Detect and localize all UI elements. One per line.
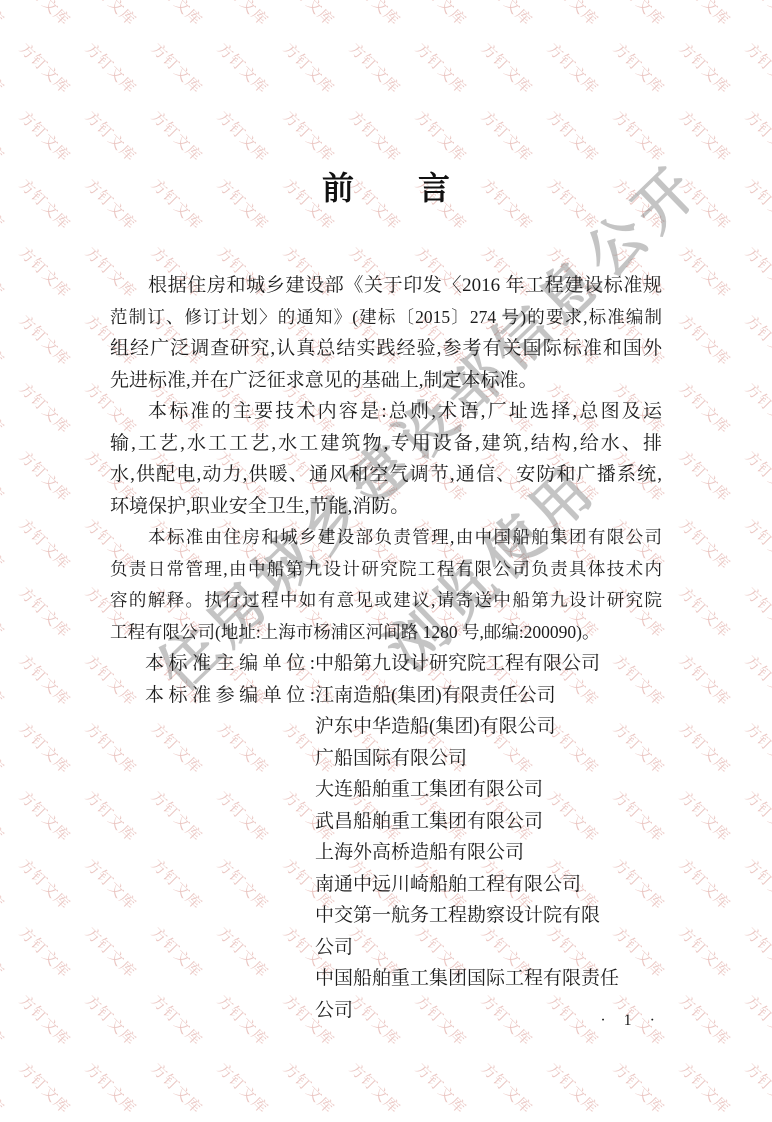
tile-watermark-text: 方钉文库	[675, 582, 735, 642]
tile-watermark-text: 方钉文库	[0, 446, 9, 506]
tile-watermark-text: 方钉文库	[741, 922, 772, 982]
tile-watermark-text: 方钉文库	[213, 0, 273, 30]
tile-watermark-text: 方钉文库	[411, 0, 471, 30]
body-line: 负责日常管理,由中船第九设计研究院工程有限公司负责具体技术内	[110, 554, 662, 586]
tile-watermark-text: 方钉文库	[741, 990, 772, 1050]
tile-watermark-text: 方钉文库	[609, 0, 669, 30]
tile-watermark-text: 方钉文库	[741, 174, 772, 234]
tile-watermark-text: 方钉文库	[81, 0, 141, 30]
tile-watermark-text: 方钉文库	[15, 854, 75, 914]
tile-watermark-text: 方钉文库	[15, 378, 75, 438]
tile-watermark-text: 方钉文库	[741, 310, 772, 370]
tile-watermark-text: 方钉文库	[675, 38, 735, 98]
tile-watermark-text: 方钉文库	[609, 1058, 669, 1118]
body-line: 大连船舶重工集团有限公司	[110, 774, 662, 806]
tile-watermark-text: 方钉文库	[675, 174, 735, 234]
tile-watermark-text: 方钉文库	[279, 1058, 339, 1118]
body-line: 工程有限公司(地址:上海市杨浦区河间路 1280 号,邮编:200090)。	[110, 617, 662, 649]
tile-watermark-text: 方钉文库	[675, 718, 735, 778]
tile-watermark-text: 方钉文库	[279, 38, 339, 98]
tile-watermark-text: 方钉文库	[741, 582, 772, 642]
body-line: 环境保护,职业安全卫生,节能,消防。	[110, 491, 662, 523]
tile-watermark-text: 方钉文库	[0, 718, 9, 778]
tile-watermark-text: 方钉文库	[411, 1058, 471, 1118]
tile-watermark-text: 方钉文库	[675, 990, 735, 1050]
tile-watermark-text: 方钉文库	[675, 446, 735, 506]
body-line: 中国船舶重工集团国际工程有限责任	[110, 963, 662, 995]
tile-watermark-text: 方钉文库	[0, 174, 9, 234]
tile-watermark-text: 方钉文库	[675, 650, 735, 710]
tile-watermark-text: 方钉文库	[741, 1058, 772, 1118]
tile-watermark-text: 方钉文库	[675, 854, 735, 914]
tile-watermark-text: 方钉文库	[675, 378, 735, 438]
tile-watermark-text: 方钉文库	[411, 106, 471, 166]
body-line: 组经广泛调查研究,认真总结实践经验,参考有关国际标准和国外	[110, 333, 662, 365]
tile-watermark-text: 方钉文库	[0, 38, 9, 98]
tile-watermark-text: 方钉文库	[345, 38, 405, 98]
tile-watermark-text: 方钉文库	[0, 106, 9, 166]
tile-watermark-text: 方钉文库	[609, 38, 669, 98]
tile-watermark-text: 方钉文库	[147, 106, 207, 166]
tile-watermark-text: 方钉文库	[675, 514, 735, 574]
tile-watermark-text: 方钉文库	[0, 310, 9, 370]
tile-watermark-text: 方钉文库	[675, 310, 735, 370]
tile-watermark-text: 方钉文库	[741, 514, 772, 574]
tile-watermark-text: 方钉文库	[741, 106, 772, 166]
tile-watermark-text: 方钉文库	[0, 242, 9, 302]
tile-watermark-text: 方钉文库	[477, 0, 537, 30]
tile-watermark-text: 方钉文库	[15, 242, 75, 302]
tile-watermark-text: 方钉文库	[0, 650, 9, 710]
tile-watermark-text: 方钉文库	[15, 582, 75, 642]
tile-watermark-text: 方钉文库	[675, 786, 735, 846]
unit-company: 中船第九设计研究院工程有限公司	[315, 653, 600, 674]
tile-watermark-text: 方钉文库	[741, 0, 772, 30]
tile-watermark-text: 方钉文库	[15, 718, 75, 778]
tile-watermark-text: 方钉文库	[345, 0, 405, 30]
tile-watermark-text: 方钉文库	[0, 854, 9, 914]
tile-watermark-text: 方钉文库	[15, 786, 75, 846]
tile-watermark-text: 方钉文库	[0, 0, 9, 30]
tile-watermark-text: 方钉文库	[15, 0, 75, 30]
body-line: 范制订、修订计划〉的通知》(建标〔2015〕274 号)的要求,标准编制	[110, 302, 662, 334]
body-line: 中交第一航务工程勘察设计院有限	[110, 900, 662, 932]
body-line: 先进标准,并在广泛征求意见的基础上,制定本标准。	[110, 365, 662, 397]
tile-watermark-text: 方钉文库	[675, 242, 735, 302]
body-line: 输,工艺,水工工艺,水工建筑物,专用设备,建筑,结构,给水、排	[110, 428, 662, 460]
body-line: 公司	[110, 932, 662, 964]
editing-unit-line: 本标准主编单位:中船第九设计研究院工程有限公司	[110, 648, 662, 680]
tile-watermark-text: 方钉文库	[543, 38, 603, 98]
tile-watermark-text: 方钉文库	[81, 106, 141, 166]
tile-watermark-text: 方钉文库	[741, 446, 772, 506]
tile-watermark-text: 方钉文库	[477, 1058, 537, 1118]
unit-label: 本标准参编单位:	[145, 680, 315, 712]
tile-watermark-text: 方钉文库	[15, 1058, 75, 1118]
tile-watermark-text: 方钉文库	[15, 650, 75, 710]
tile-watermark-text: 方钉文库	[741, 718, 772, 778]
tile-watermark-text: 方钉文库	[543, 0, 603, 30]
tile-watermark-text: 方钉文库	[213, 38, 273, 98]
body-line: 南通中远川崎船舶工程有限公司	[110, 869, 662, 901]
editing-unit-line: 本标准参编单位:江南造船(集团)有限责任公司	[110, 680, 662, 712]
unit-label: 本标准主编单位:	[145, 648, 315, 680]
tile-watermark-text: 方钉文库	[213, 106, 273, 166]
tile-watermark-text: 方钉文库	[543, 1058, 603, 1118]
body-line: 武昌船舶重工集团有限公司	[110, 806, 662, 838]
tile-watermark-text: 方钉文库	[15, 514, 75, 574]
tile-watermark-text: 方钉文库	[675, 922, 735, 982]
tile-watermark-text: 方钉文库	[741, 378, 772, 438]
tile-watermark-text: 方钉文库	[477, 38, 537, 98]
tile-watermark-text: 方钉文库	[741, 854, 772, 914]
tile-watermark-text: 方钉文库	[15, 922, 75, 982]
tile-watermark-text: 方钉文库	[741, 650, 772, 710]
body-line: 水,供配电,动力,供暖、通风和空气调节,通信、安防和广播系统,	[110, 459, 662, 491]
body-line: 公司	[110, 995, 662, 1027]
tile-watermark-text: 方钉文库	[543, 106, 603, 166]
body-text: 根据住房和城乡建设部《关于印发〈2016 年工程建设标准规范制订、修订计划〉的通…	[110, 270, 662, 1026]
tile-watermark-text: 方钉文库	[15, 446, 75, 506]
tile-watermark-text: 方钉文库	[477, 106, 537, 166]
tile-watermark-text: 方钉文库	[81, 1058, 141, 1118]
tile-watermark-text: 方钉文库	[279, 106, 339, 166]
tile-watermark-text: 方钉文库	[411, 38, 471, 98]
tile-watermark-text: 方钉文库	[675, 106, 735, 166]
tile-watermark-text: 方钉文库	[0, 990, 9, 1050]
tile-watermark-text: 方钉文库	[0, 378, 9, 438]
tile-watermark-text: 方钉文库	[675, 0, 735, 30]
page-number: · 1 ·	[600, 1012, 662, 1030]
tile-watermark-text: 方钉文库	[15, 106, 75, 166]
tile-watermark-text: 方钉文库	[609, 106, 669, 166]
tile-watermark-text: 方钉文库	[345, 106, 405, 166]
page-title: 前 言	[110, 168, 662, 208]
tile-watermark-text: 方钉文库	[741, 242, 772, 302]
tile-watermark-text: 方钉文库	[741, 786, 772, 846]
tile-watermark-text: 方钉文库	[345, 1058, 405, 1118]
unit-company: 江南造船(集团)有限责任公司	[315, 685, 556, 706]
tile-watermark-text: 方钉文库	[0, 922, 9, 982]
tile-watermark-text: 方钉文库	[147, 1058, 207, 1118]
tile-watermark-text: 方钉文库	[15, 990, 75, 1050]
tile-watermark-text: 方钉文库	[675, 1058, 735, 1118]
body-line: 上海外高桥造船有限公司	[110, 837, 662, 869]
tile-watermark-text: 方钉文库	[15, 310, 75, 370]
tile-watermark-text: 方钉文库	[741, 38, 772, 98]
tile-watermark-text: 方钉文库	[0, 514, 9, 574]
tile-watermark-text: 方钉文库	[279, 0, 339, 30]
tile-watermark-text: 方钉文库	[213, 1058, 273, 1118]
page-content: 前 言 根据住房和城乡建设部《关于印发〈2016 年工程建设标准规范制订、修订计…	[110, 168, 662, 1026]
tile-watermark-text: 方钉文库	[15, 38, 75, 98]
document-page: 方钉文库方钉文库方钉文库方钉文库方钉文库方钉文库方钉文库方钉文库方钉文库方钉文库…	[0, 0, 772, 1122]
tile-watermark-text: 方钉文库	[81, 38, 141, 98]
body-line: 根据住房和城乡建设部《关于印发〈2016 年工程建设标准规	[110, 270, 662, 302]
body-line: 本标准由住房和城乡建设部负责管理,由中国船舶集团有限公司	[110, 522, 662, 554]
tile-watermark-text: 方钉文库	[15, 174, 75, 234]
tile-watermark-text: 方钉文库	[147, 0, 207, 30]
tile-watermark-text: 方钉文库	[0, 786, 9, 846]
tile-watermark-text: 方钉文库	[147, 38, 207, 98]
tile-watermark-text: 方钉文库	[0, 1058, 9, 1118]
body-line: 广船国际有限公司	[110, 743, 662, 775]
body-line: 本标准的主要技术内容是:总则,术语,厂址选择,总图及运	[110, 396, 662, 428]
tile-watermark-text: 方钉文库	[0, 582, 9, 642]
body-line: 容的解释。执行过程中如有意见或建议,请寄送中船第九设计研究院	[110, 585, 662, 617]
body-line: 沪东中华造船(集团)有限公司	[110, 711, 662, 743]
